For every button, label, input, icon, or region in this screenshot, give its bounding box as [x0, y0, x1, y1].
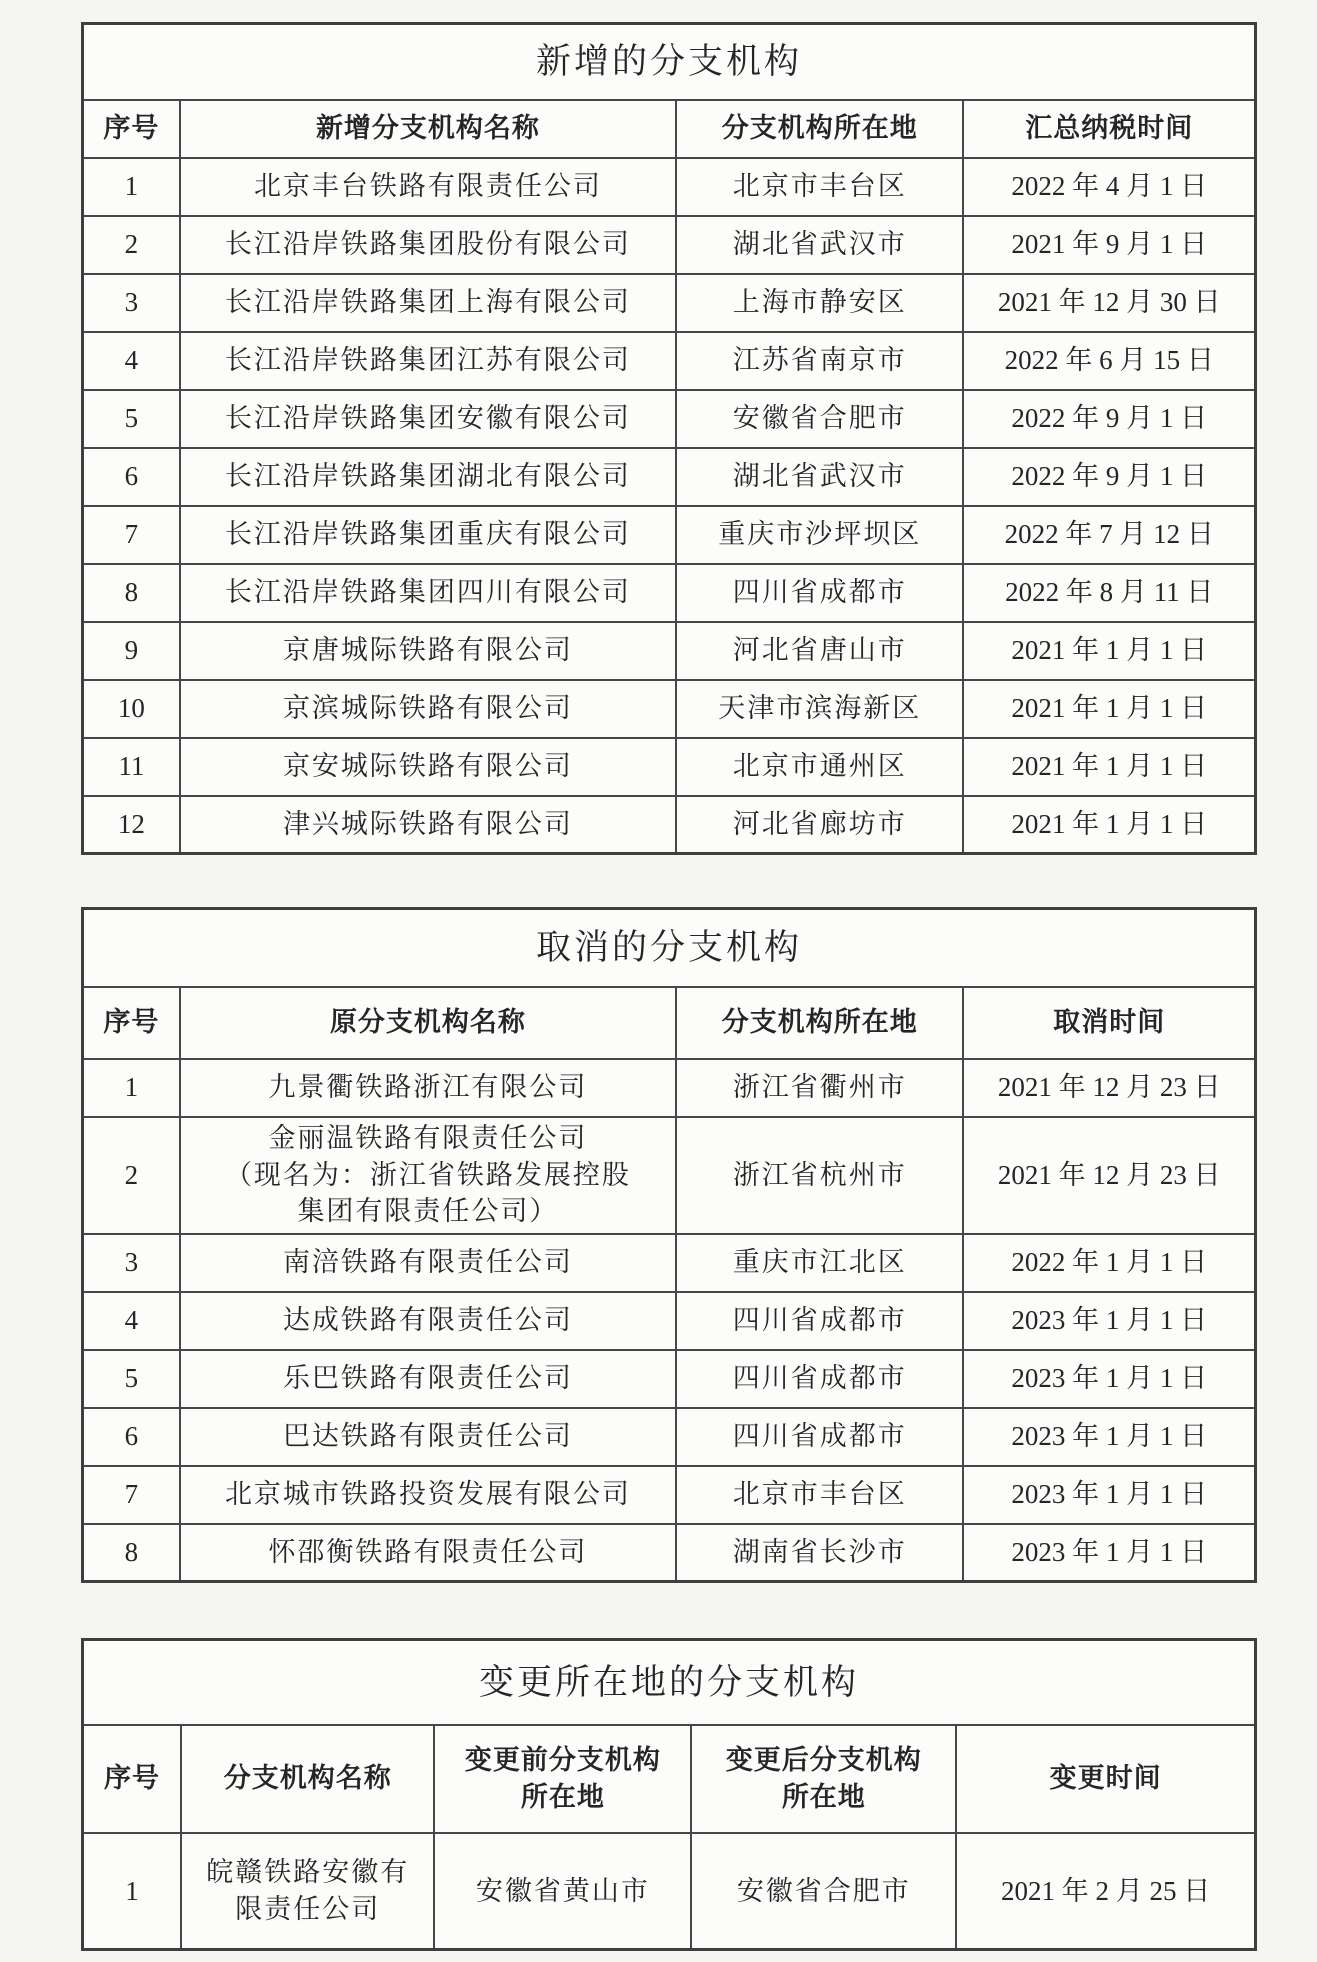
table-cell: 2022 年 6 月 15 日 [963, 332, 1255, 390]
table-cell: 湖北省武汉市 [676, 216, 963, 274]
table-title: 新增的分支机构 [83, 24, 1256, 100]
table-cell: 金丽温铁路有限责任公司 （现名为：浙江省铁路发展控股 集团有限责任公司） [180, 1117, 676, 1234]
table-cell: 浙江省衢州市 [676, 1059, 963, 1117]
table-cell: 长江沿岸铁路集团股份有限公司 [180, 216, 676, 274]
column-header: 变更时间 [956, 1725, 1255, 1833]
table-cell: 安徽省合肥市 [691, 1833, 956, 1950]
table-cell: 重庆市江北区 [676, 1234, 963, 1292]
row-index-cell: 9 [83, 622, 180, 680]
table-cell: 2022 年 7 月 12 日 [963, 506, 1255, 564]
table-cell: 巴达铁路有限责任公司 [180, 1408, 676, 1466]
row-index-cell: 5 [83, 1350, 180, 1408]
table-cell: 上海市静安区 [676, 274, 963, 332]
table-cell: 北京市丰台区 [676, 1466, 963, 1524]
document-page: 新增的分支机构序号新增分支机构名称分支机构所在地汇总纳税时间1北京丰台铁路有限责… [0, 0, 1317, 1951]
table-title-row: 变更所在地的分支机构 [83, 1640, 1256, 1725]
table-cell: 重庆市沙坪坝区 [676, 506, 963, 564]
column-header: 分支机构所在地 [676, 987, 963, 1059]
table-title: 取消的分支机构 [83, 909, 1256, 987]
table-cell: 浙江省杭州市 [676, 1117, 963, 1234]
table-cell: 2023 年 1 月 1 日 [963, 1524, 1255, 1582]
table-cell: 九景衢铁路浙江有限公司 [180, 1059, 676, 1117]
table-cell: 2021 年 2 月 25 日 [956, 1833, 1255, 1950]
table-cell: 乐巴铁路有限责任公司 [180, 1350, 676, 1408]
table-cell: 2022 年 9 月 1 日 [963, 448, 1255, 506]
row-index-cell: 4 [83, 332, 180, 390]
row-index-cell: 1 [83, 158, 180, 216]
table-cell: 2022 年 9 月 1 日 [963, 390, 1255, 448]
table-cell: 京滨城际铁路有限公司 [180, 680, 676, 738]
table-cell: 2021 年 12 月 23 日 [963, 1117, 1255, 1234]
table-row: 10京滨城际铁路有限公司天津市滨海新区2021 年 1 月 1 日 [83, 680, 1256, 738]
table-cell: 湖北省武汉市 [676, 448, 963, 506]
row-index-cell: 1 [83, 1833, 182, 1950]
row-index-cell: 3 [83, 1234, 180, 1292]
row-index-cell: 6 [83, 1408, 180, 1466]
table-cell: 北京市通州区 [676, 738, 963, 796]
row-index-cell: 2 [83, 1117, 180, 1234]
table-row: 2金丽温铁路有限责任公司 （现名为：浙江省铁路发展控股 集团有限责任公司）浙江省… [83, 1117, 1256, 1234]
table-header-row: 序号原分支机构名称分支机构所在地取消时间 [83, 987, 1256, 1059]
column-header: 取消时间 [963, 987, 1255, 1059]
table-cell: 安徽省合肥市 [676, 390, 963, 448]
row-index-cell: 3 [83, 274, 180, 332]
table-title-row: 取消的分支机构 [83, 909, 1256, 987]
table-cell: 北京丰台铁路有限责任公司 [180, 158, 676, 216]
table-title: 变更所在地的分支机构 [83, 1640, 1256, 1725]
table-cell: 2021 年 1 月 1 日 [963, 680, 1255, 738]
row-index-cell: 5 [83, 390, 180, 448]
table-cell: 北京市丰台区 [676, 158, 963, 216]
column-header: 序号 [83, 987, 180, 1059]
table-row: 1九景衢铁路浙江有限公司浙江省衢州市2021 年 12 月 23 日 [83, 1059, 1256, 1117]
table-cell: 长江沿岸铁路集团四川有限公司 [180, 564, 676, 622]
table-row: 9京唐城际铁路有限公司河北省唐山市2021 年 1 月 1 日 [83, 622, 1256, 680]
row-index-cell: 12 [83, 796, 180, 854]
table-cell: 天津市滨海新区 [676, 680, 963, 738]
table-row: 3长江沿岸铁路集团上海有限公司上海市静安区2021 年 12 月 30 日 [83, 274, 1256, 332]
table-row: 6长江沿岸铁路集团湖北有限公司湖北省武汉市2022 年 9 月 1 日 [83, 448, 1256, 506]
row-index-cell: 2 [83, 216, 180, 274]
table-cell: 长江沿岸铁路集团江苏有限公司 [180, 332, 676, 390]
column-header: 原分支机构名称 [180, 987, 676, 1059]
cancelled-branches-table: 取消的分支机构序号原分支机构名称分支机构所在地取消时间1九景衢铁路浙江有限公司浙… [81, 907, 1257, 1583]
table-cell: 江苏省南京市 [676, 332, 963, 390]
table-cell: 2023 年 1 月 1 日 [963, 1466, 1255, 1524]
row-index-cell: 4 [83, 1292, 180, 1350]
table-cell: 北京城市铁路投资发展有限公司 [180, 1466, 676, 1524]
table-cell: 2021 年 12 月 23 日 [963, 1059, 1255, 1117]
table-cell: 达成铁路有限责任公司 [180, 1292, 676, 1350]
row-index-cell: 1 [83, 1059, 180, 1117]
row-index-cell: 8 [83, 1524, 180, 1582]
table-cell: 四川省成都市 [676, 1292, 963, 1350]
table-cell: 四川省成都市 [676, 1350, 963, 1408]
table-header-row: 序号新增分支机构名称分支机构所在地汇总纳税时间 [83, 100, 1256, 158]
row-index-cell: 8 [83, 564, 180, 622]
column-header: 序号 [83, 100, 180, 158]
table-cell: 四川省成都市 [676, 1408, 963, 1466]
table-cell: 皖赣铁路安徽有 限责任公司 [181, 1833, 434, 1950]
row-index-cell: 6 [83, 448, 180, 506]
table-cell: 河北省唐山市 [676, 622, 963, 680]
table-row: 1北京丰台铁路有限责任公司北京市丰台区2022 年 4 月 1 日 [83, 158, 1256, 216]
column-header: 分支机构名称 [181, 1725, 434, 1833]
column-header: 新增分支机构名称 [180, 100, 676, 158]
column-header: 变更前分支机构 所在地 [434, 1725, 691, 1833]
table-row: 7长江沿岸铁路集团重庆有限公司重庆市沙坪坝区2022 年 7 月 12 日 [83, 506, 1256, 564]
column-header: 分支机构所在地 [676, 100, 963, 158]
table-cell: 长江沿岸铁路集团湖北有限公司 [180, 448, 676, 506]
table-header-row: 序号分支机构名称变更前分支机构 所在地变更后分支机构 所在地变更时间 [83, 1725, 1256, 1833]
table-row: 7北京城市铁路投资发展有限公司北京市丰台区2023 年 1 月 1 日 [83, 1466, 1256, 1524]
table-cell: 怀邵衡铁路有限责任公司 [180, 1524, 676, 1582]
table-cell: 京唐城际铁路有限公司 [180, 622, 676, 680]
table-row: 5乐巴铁路有限责任公司四川省成都市2023 年 1 月 1 日 [83, 1350, 1256, 1408]
table-row: 8长江沿岸铁路集团四川有限公司四川省成都市2022 年 8 月 11 日 [83, 564, 1256, 622]
column-header: 汇总纳税时间 [963, 100, 1255, 158]
table-cell: 2022 年 1 月 1 日 [963, 1234, 1255, 1292]
table-cell: 长江沿岸铁路集团上海有限公司 [180, 274, 676, 332]
table-cell: 四川省成都市 [676, 564, 963, 622]
column-header: 序号 [83, 1725, 182, 1833]
table-cell: 安徽省黄山市 [434, 1833, 691, 1950]
column-header: 变更后分支机构 所在地 [691, 1725, 956, 1833]
table-cell: 津兴城际铁路有限公司 [180, 796, 676, 854]
table-cell: 2022 年 4 月 1 日 [963, 158, 1255, 216]
table-cell: 2021 年 1 月 1 日 [963, 738, 1255, 796]
table-title-row: 新增的分支机构 [83, 24, 1256, 100]
table-gap [81, 855, 1257, 907]
row-index-cell: 10 [83, 680, 180, 738]
relocated-branches-table: 变更所在地的分支机构序号分支机构名称变更前分支机构 所在地变更后分支机构 所在地… [81, 1638, 1257, 1951]
table-row: 11京安城际铁路有限公司北京市通州区2021 年 1 月 1 日 [83, 738, 1256, 796]
table-cell: 2023 年 1 月 1 日 [963, 1350, 1255, 1408]
table-cell: 2021 年 1 月 1 日 [963, 622, 1255, 680]
table-cell: 河北省廊坊市 [676, 796, 963, 854]
table-cell: 2022 年 8 月 11 日 [963, 564, 1255, 622]
table-cell: 南涪铁路有限责任公司 [180, 1234, 676, 1292]
table-row: 1皖赣铁路安徽有 限责任公司安徽省黄山市安徽省合肥市2021 年 2 月 25 … [83, 1833, 1256, 1950]
table-row: 6巴达铁路有限责任公司四川省成都市2023 年 1 月 1 日 [83, 1408, 1256, 1466]
table-cell: 2021 年 1 月 1 日 [963, 796, 1255, 854]
table-cell: 2023 年 1 月 1 日 [963, 1408, 1255, 1466]
table-row: 8怀邵衡铁路有限责任公司湖南省长沙市2023 年 1 月 1 日 [83, 1524, 1256, 1582]
table-cell: 长江沿岸铁路集团重庆有限公司 [180, 506, 676, 564]
table-cell: 湖南省长沙市 [676, 1524, 963, 1582]
table-cell: 2021 年 9 月 1 日 [963, 216, 1255, 274]
table-row: 2长江沿岸铁路集团股份有限公司湖北省武汉市2021 年 9 月 1 日 [83, 216, 1256, 274]
table-row: 4长江沿岸铁路集团江苏有限公司江苏省南京市2022 年 6 月 15 日 [83, 332, 1256, 390]
table-cell: 长江沿岸铁路集团安徽有限公司 [180, 390, 676, 448]
table-cell: 京安城际铁路有限公司 [180, 738, 676, 796]
added-branches-table: 新增的分支机构序号新增分支机构名称分支机构所在地汇总纳税时间1北京丰台铁路有限责… [81, 22, 1257, 855]
row-index-cell: 7 [83, 1466, 180, 1524]
table-row: 4达成铁路有限责任公司四川省成都市2023 年 1 月 1 日 [83, 1292, 1256, 1350]
table-gap [81, 1583, 1257, 1638]
table-cell: 2021 年 12 月 30 日 [963, 274, 1255, 332]
table-row: 3南涪铁路有限责任公司重庆市江北区2022 年 1 月 1 日 [83, 1234, 1256, 1292]
table-row: 12津兴城际铁路有限公司河北省廊坊市2021 年 1 月 1 日 [83, 796, 1256, 854]
row-index-cell: 7 [83, 506, 180, 564]
table-cell: 2023 年 1 月 1 日 [963, 1292, 1255, 1350]
row-index-cell: 11 [83, 738, 180, 796]
table-row: 5长江沿岸铁路集团安徽有限公司安徽省合肥市2022 年 9 月 1 日 [83, 390, 1256, 448]
